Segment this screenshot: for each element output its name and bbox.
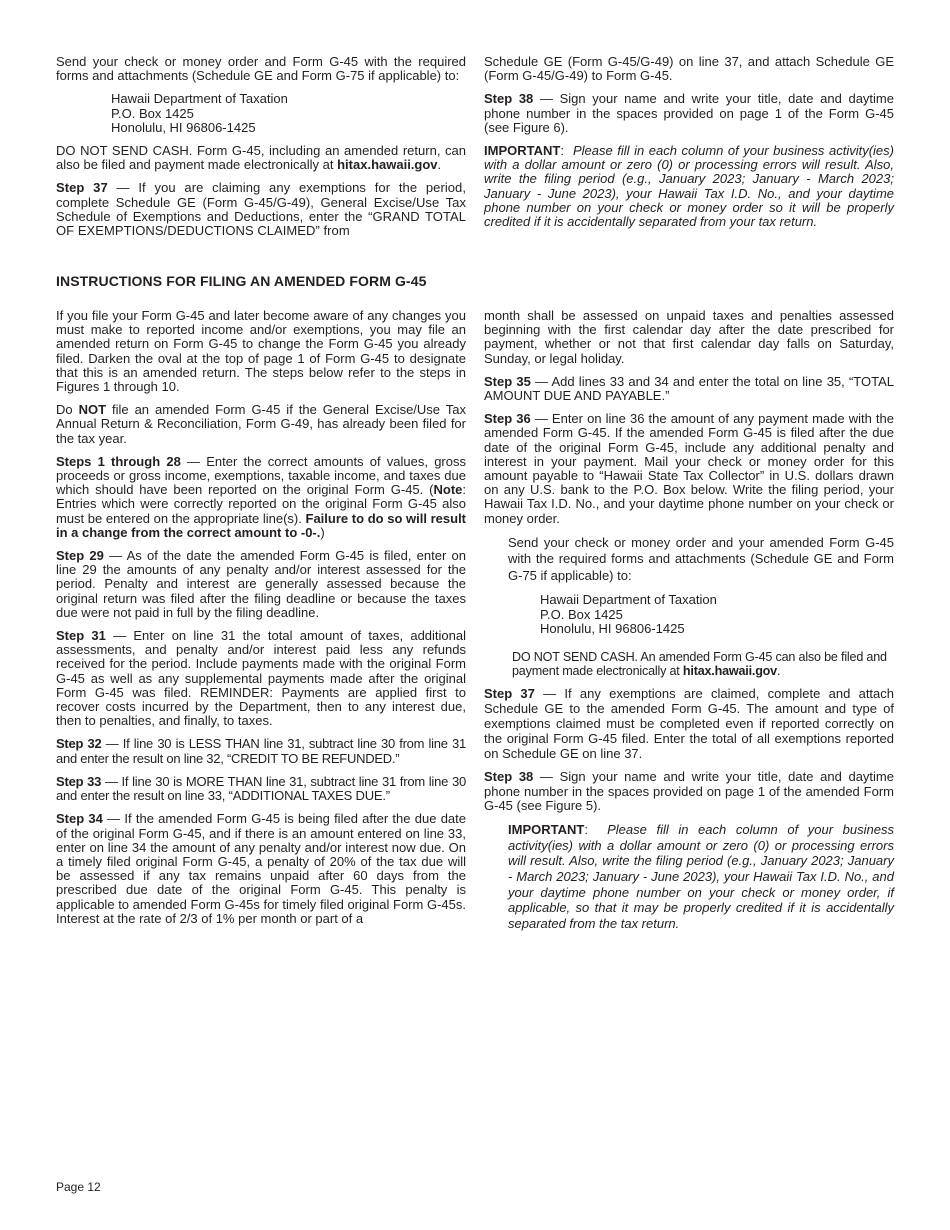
- mailing-address-amended: Hawaii Department of Taxation P.O. Box 1…: [540, 593, 894, 636]
- step-label: Step 29: [56, 548, 104, 563]
- do-not-file-notice: Do NOT file an amended Form G-45 if the …: [56, 403, 466, 446]
- important-label: IMPORTANT: [508, 822, 584, 837]
- step-34-continued: month shall be assessed on unpaid taxes …: [484, 309, 894, 366]
- step-33: Step 33 — If line 30 is MORE THAN line 3…: [56, 775, 466, 803]
- step-label: Step 38: [484, 91, 533, 106]
- important-notice-amended: IMPORTANT: Please fill in each column of…: [508, 822, 894, 932]
- step-31: Step 31 — Enter on line 31 the total amo…: [56, 629, 466, 728]
- step-label: Step 37: [484, 686, 535, 701]
- address-line-1: Hawaii Department of Taxation: [111, 92, 466, 106]
- step-37-continued: Schedule GE (Form G-45/G-49) on line 37,…: [484, 55, 894, 83]
- step-35: Step 35 — Add lines 33 and 34 and enter …: [484, 375, 894, 403]
- address-line-2: P.O. Box 1425: [540, 608, 894, 622]
- step-label: Steps 1 through 28: [56, 454, 181, 469]
- step-38: Step 38 — Sign your name and write your …: [484, 92, 894, 135]
- cash-notice: DO NOT SEND CASH. Form G-45, including a…: [56, 144, 466, 172]
- amended-left-column: If you file your Form G-45 and later bec…: [56, 309, 466, 935]
- step-label: Step 36: [484, 411, 531, 426]
- top-left-column: Send your check or money order and Form …: [56, 55, 466, 247]
- step-29: Step 29 — As of the date the amended For…: [56, 549, 466, 620]
- step-32: Step 32 — If line 30 is LESS THAN line 3…: [56, 737, 466, 765]
- website-link[interactable]: hitax.hawaii.gov: [683, 664, 777, 678]
- important-notice: IMPORTANT: Please fill in each column of…: [484, 144, 894, 229]
- step-label: Step 34: [56, 811, 103, 826]
- step-label: Step 32: [56, 736, 101, 751]
- section-heading: INSTRUCTIONS FOR FILING AN AMENDED FORM …: [56, 273, 426, 289]
- address-line-1: Hawaii Department of Taxation: [540, 593, 894, 607]
- send-instructions: Send your check or money order and Form …: [56, 55, 466, 83]
- step-38-amended: Step 38 — Sign your name and write your …: [484, 770, 894, 813]
- website-link[interactable]: hitax.hawaii.gov: [337, 157, 437, 172]
- step-label: Step 38: [484, 769, 533, 784]
- top-right-column: Schedule GE (Form G-45/G-49) on line 37,…: [484, 55, 894, 238]
- mailing-address: Hawaii Department of Taxation P.O. Box 1…: [111, 92, 466, 135]
- page-number: Page 12: [56, 1180, 101, 1194]
- step-37-amended: Step 37 — If any exemptions are claimed,…: [484, 687, 894, 761]
- step-label: Step 37: [56, 180, 108, 195]
- address-line-2: P.O. Box 1425: [111, 107, 466, 121]
- amended-right-column: month shall be assessed on unpaid taxes …: [484, 309, 894, 941]
- step-label: Step 35: [484, 374, 531, 389]
- amended-intro: If you file your Form G-45 and later bec…: [56, 309, 466, 394]
- address-line-3: Honolulu, HI 96806-1425: [540, 622, 894, 636]
- important-label: IMPORTANT: [484, 143, 560, 158]
- steps-1-28: Steps 1 through 28 — Enter the correct a…: [56, 455, 466, 540]
- step-34: Step 34 — If the amended Form G-45 is be…: [56, 812, 466, 926]
- step-36: Step 36 — Enter on line 36 the amount of…: [484, 412, 894, 526]
- send-instructions-amended: Send your check or money order and your …: [508, 535, 894, 585]
- step-37: Step 37 — If you are claiming any exempt…: [56, 181, 466, 238]
- address-line-3: Honolulu, HI 96806-1425: [111, 121, 466, 135]
- cash-notice-amended: DO NOT SEND CASH. An amended Form G-45 c…: [512, 650, 894, 678]
- step-label: Step 31: [56, 628, 106, 643]
- step-label: Step 33: [56, 774, 101, 789]
